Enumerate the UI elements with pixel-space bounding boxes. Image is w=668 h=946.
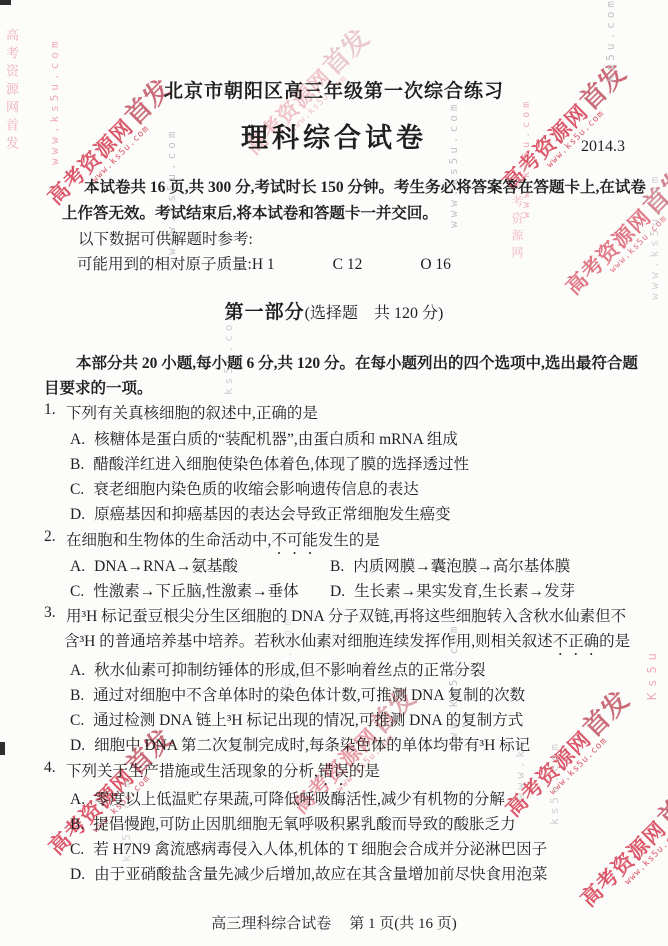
section-heading: 第一部分(选择题 共 120 分)	[0, 297, 668, 324]
option-label: A.	[70, 431, 85, 448]
footer-paper-name: 高三理科综合试卷	[211, 916, 331, 932]
question-number: 2.	[44, 528, 56, 546]
section-title: 第一部分	[225, 302, 305, 323]
question-stem: 下列有关真核细胞的叙述中,正确的是	[66, 401, 318, 423]
section-intro-line-1: 本部分共 20 小题,每小题 6 分,共 120 分。在每小题列出的四个选项中,…	[76, 351, 638, 373]
atomic-mass-c: C 12	[333, 256, 363, 273]
question-number: 3.	[44, 604, 56, 622]
question-number: 1.	[44, 401, 56, 419]
document-content: 北京市朝阳区高三年级第一次综合练习 理科综合试卷 2014.3 本试卷共 16 …	[0, 0, 668, 946]
question-number: 4.	[44, 759, 56, 777]
instruction-line-1: 本试卷共 16 页,共 300 分,考试时长 150 分钟。考生务必将答案答在答…	[84, 175, 646, 197]
page-footer: 高三理科综合试卷第 1 页(共 16 页)	[0, 912, 668, 933]
atomic-mass-label: 可能用到的相对原子质量:	[77, 256, 252, 273]
exam-title: 北京市朝阳区高三年级第一次综合练习	[0, 76, 668, 103]
question-stem: 用³H 标记蚕豆根尖分生区细胞的 DNA 分子双链,再将这些细胞转入含秋水仙素但…	[66, 604, 626, 626]
option-text: 核糖体是蛋白质的“装配机器”,由蛋白质和 mRNA 组成	[94, 431, 458, 448]
footer-page-number: 第 1 页(共 16 页)	[349, 916, 457, 932]
scan-speck	[0, 742, 5, 755]
question-3-stem-line-2: 含³H 的普通培养基中培养。若秋水仙素对细胞连续发挥作用,则相关叙述不正确的是	[64, 629, 630, 659]
section-intro-line-2: 目要求的一项。	[44, 376, 153, 398]
exam-date: 2014.3	[581, 138, 625, 156]
section-subtitle: (选择题 共 120 分)	[305, 305, 444, 322]
scanned-exam-page: 高考资源网首发 www.ks5u.com 高考资源网首发 www.ks5u.co…	[0, 0, 668, 946]
atomic-mass-o: O 16	[420, 256, 451, 273]
paper-title: 理科综合试卷	[0, 116, 668, 155]
reference-note: 以下数据可供解题时参考:	[78, 227, 253, 249]
atomic-mass-h: H 1	[252, 256, 275, 273]
instruction-line-2: 上作答无效。考试结束后,将本试卷和答题卡一并交回。	[62, 201, 438, 223]
scan-speck	[0, 0, 11, 5]
atomic-mass-line: 可能用到的相对原子质量:H 1C 12O 16	[77, 252, 451, 274]
question-stem: 下列关于生产措施或生活现象的分析,错误的是	[66, 759, 380, 789]
